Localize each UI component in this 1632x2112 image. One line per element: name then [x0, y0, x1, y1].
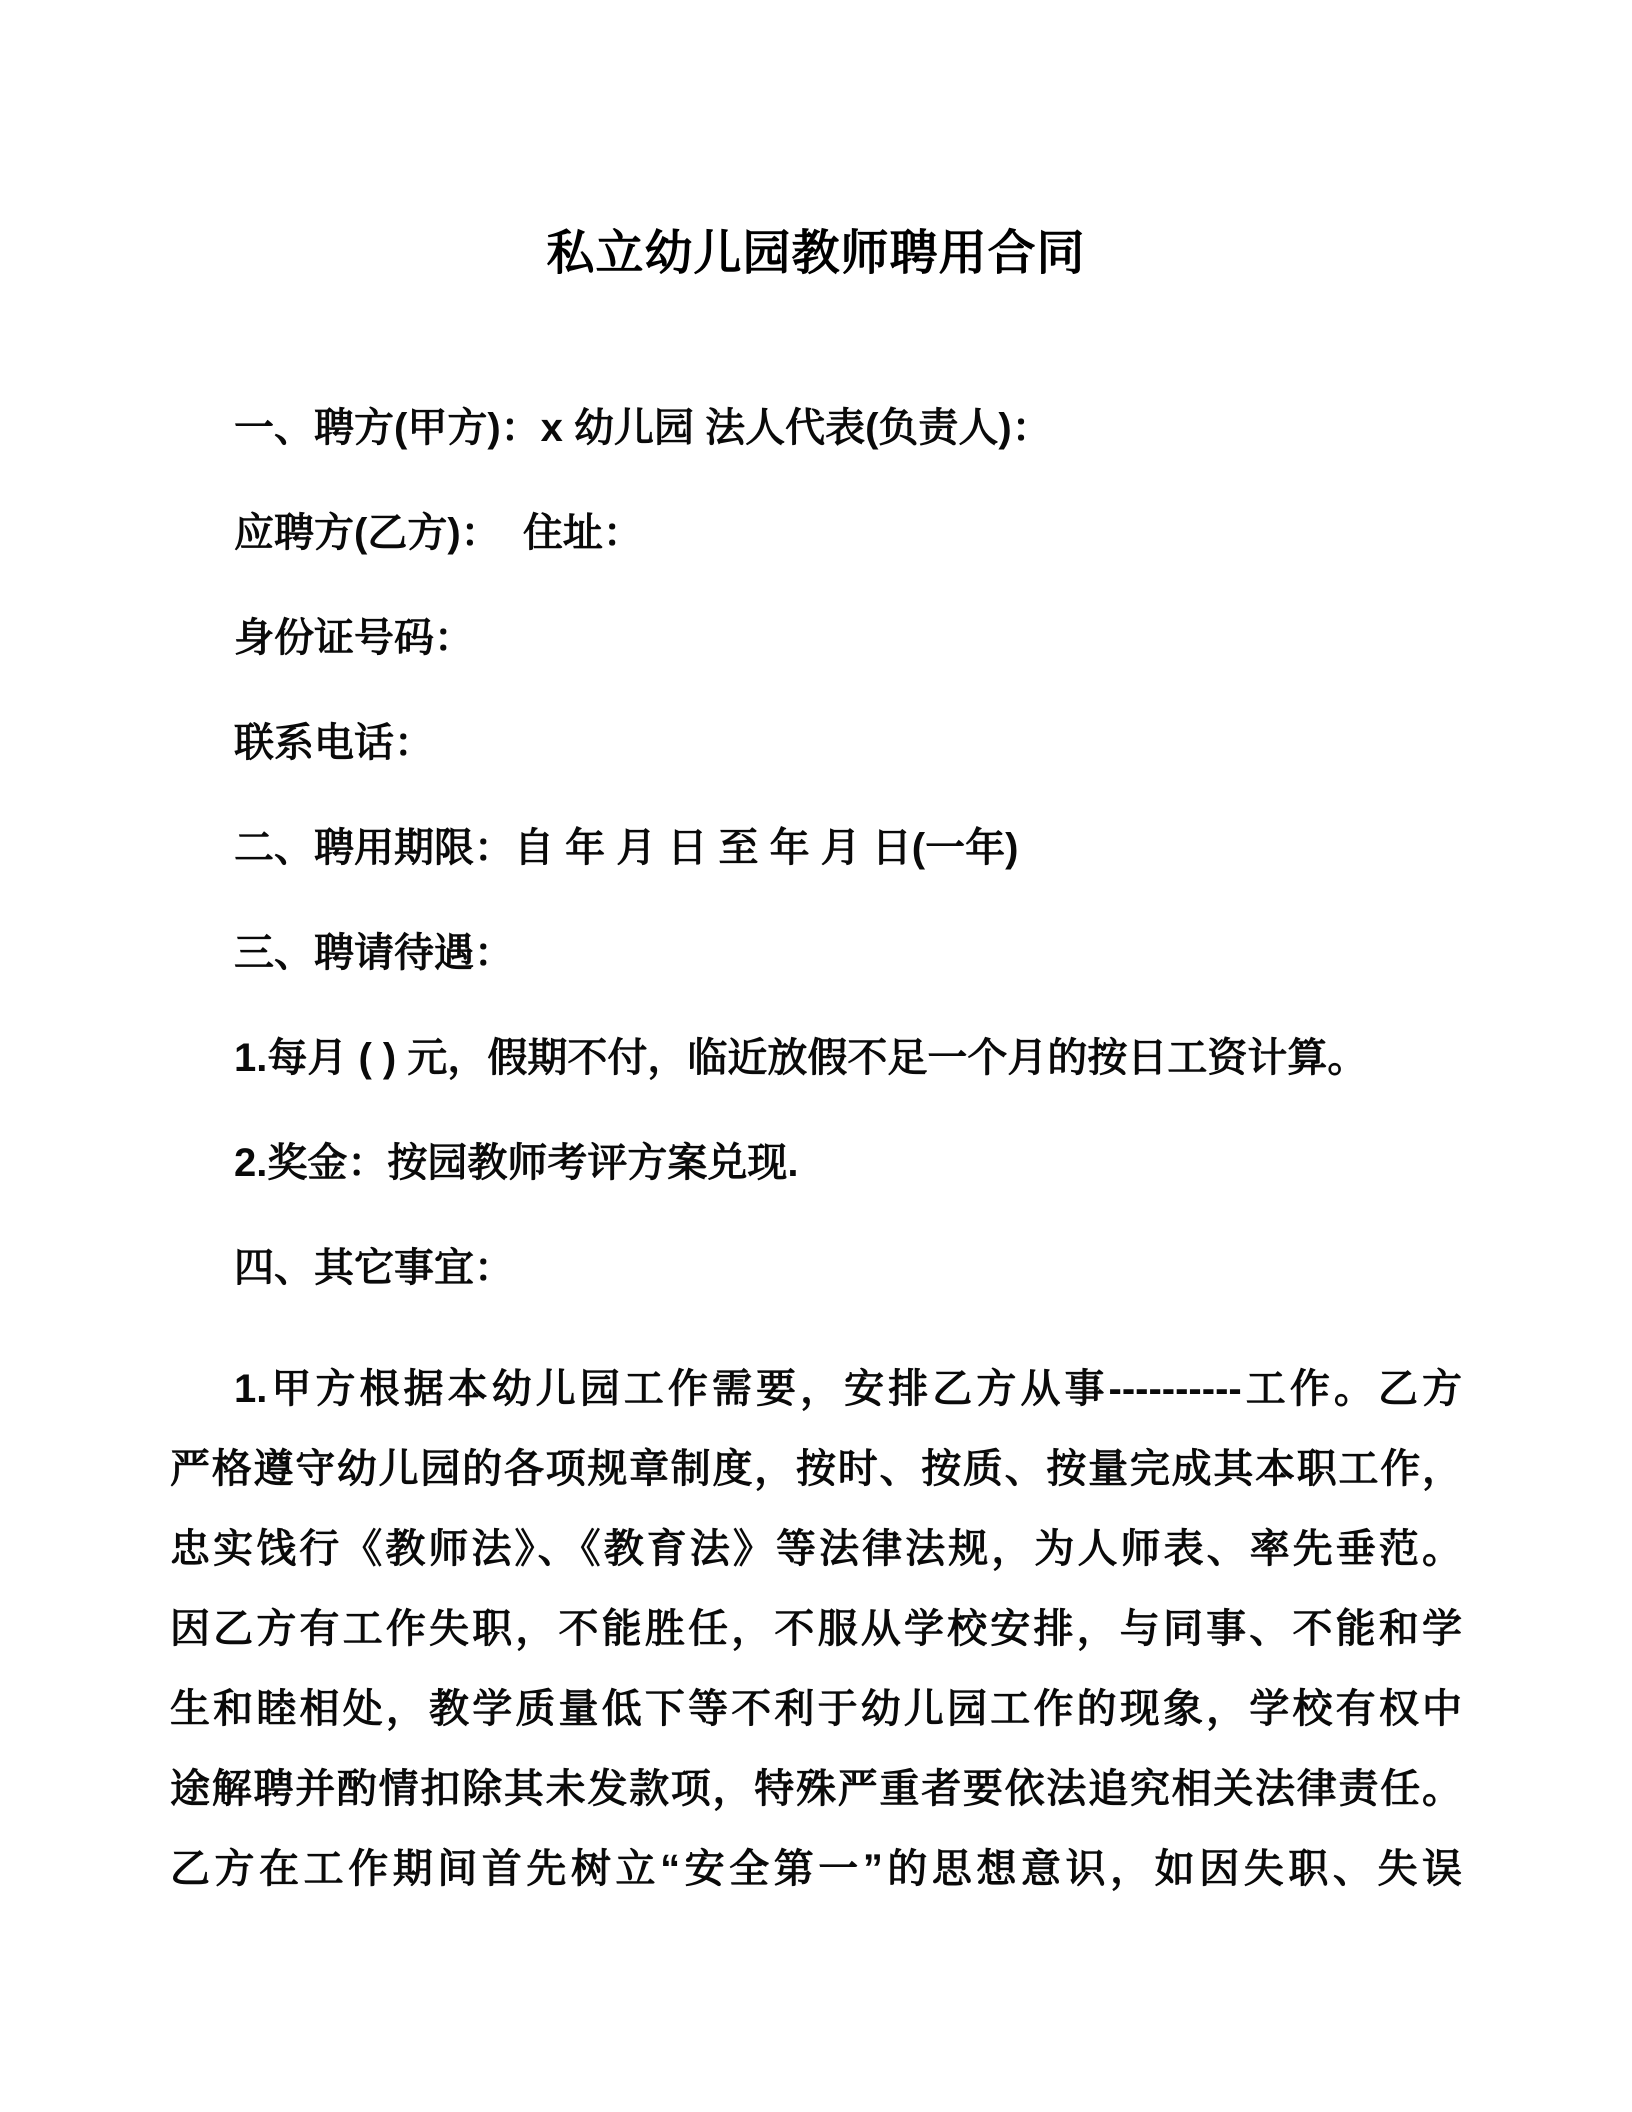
clause-phone: 联系电话： — [170, 719, 1462, 767]
paragraph-line: 生和睦相处，教学质量低下等不利于幼儿园工作的现象，学校有权中 — [170, 1669, 1462, 1749]
clause-compensation-heading: 三、聘请待遇： — [170, 929, 1462, 977]
clause-id-number: 身份证号码： — [170, 614, 1462, 662]
paragraph-line: 途解聘并酌情扣除其未发款项，特殊严重者要依法追究相关法律责任。 — [170, 1749, 1462, 1829]
paragraph-line: 因乙方有工作失职，不能胜任，不服从学校安排，与同事、不能和学 — [170, 1589, 1462, 1669]
clause-party-b-address: 应聘方(乙方)： 住址： — [170, 509, 1462, 557]
clause-other-matters-heading: 四、其它事宜： — [170, 1244, 1462, 1292]
other-matters-paragraph: 1.甲方根据本幼儿园工作需要，安排乙方从事----------工作。乙方 严格遵… — [170, 1349, 1462, 1909]
paragraph-line: 乙方在工作期间首先树立“安全第一”的思想意识，如因失职、失误 — [170, 1829, 1462, 1909]
clause-employment-term: 二、聘用期限：自 年 月 日 至 年 月 日(一年) — [170, 824, 1462, 872]
clause-monthly-salary: 1.每月 ( ) 元，假期不付，临近放假不足一个月的按日工资计算。 — [170, 1034, 1462, 1082]
document-title: 私立幼儿园教师聘用合同 — [170, 222, 1462, 286]
paragraph-line: 严格遵守幼儿园的各项规章制度，按时、按质、按量完成其本职工作， — [170, 1429, 1462, 1509]
contract-document-page: 私立幼儿园教师聘用合同 一、聘方(甲方)：x 幼儿园 法人代表(负责人)： 应聘… — [0, 0, 1632, 2112]
paragraph-line: 忠实饯行《教师法》、《教育法》等法律法规，为人师表、率先垂范。 — [170, 1509, 1462, 1589]
clause-bonus: 2.奖金：按园教师考评方案兑现. — [170, 1139, 1462, 1187]
paragraph-line: 1.甲方根据本幼儿园工作需要，安排乙方从事----------工作。乙方 — [170, 1349, 1462, 1429]
clause-party-a: 一、聘方(甲方)：x 幼儿园 法人代表(负责人)： — [170, 404, 1462, 452]
